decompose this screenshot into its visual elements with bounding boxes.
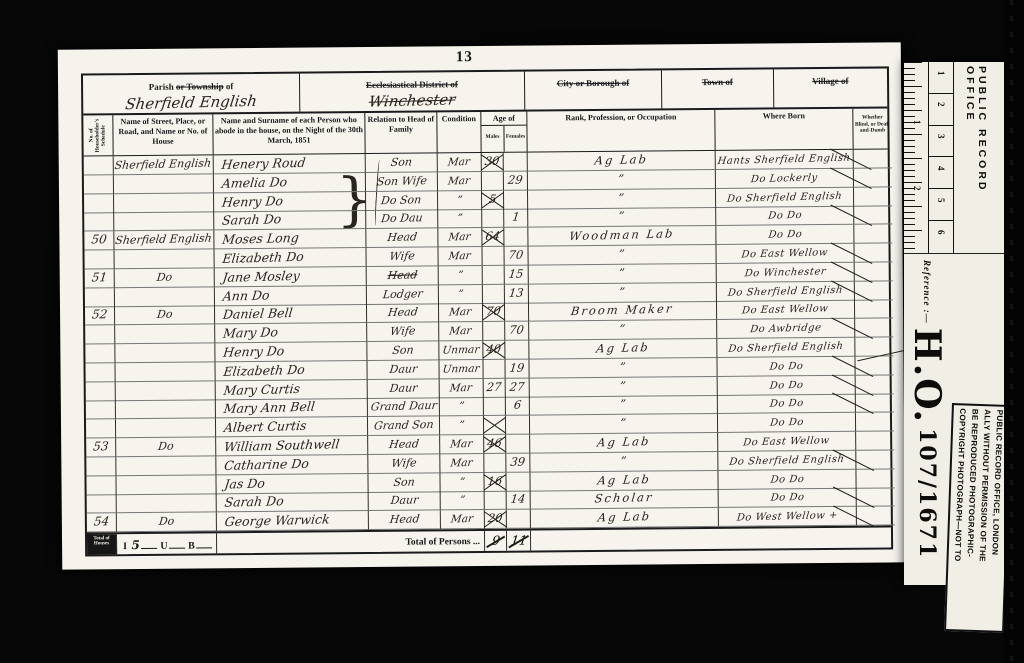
pro-title: PUBLIC RECORD OFFICE: [964, 66, 988, 252]
age-female: [506, 416, 530, 435]
age-female: 6: [506, 397, 530, 416]
condition: Mar: [438, 247, 482, 266]
person-name: Elizabeth Do: [214, 248, 366, 268]
relation: Daur: [367, 360, 439, 380]
where-born: Do Do: [716, 225, 854, 245]
infirm: [854, 243, 892, 262]
infirm: [857, 488, 895, 507]
street-name: Do: [117, 512, 217, 532]
person-name: Jas Do: [216, 474, 368, 494]
schedule-number: [84, 213, 114, 232]
occupation: ”: [530, 377, 718, 398]
relation: Head: [367, 304, 439, 324]
where-born: Do Do: [719, 488, 857, 508]
form-header-band: Parish or Township of Sherfield English …: [83, 68, 887, 115]
relation: Wife: [368, 454, 440, 474]
age-female: [506, 472, 530, 491]
street-name: [116, 475, 216, 495]
person-name: Catharine Do: [216, 455, 368, 475]
street-name: [115, 287, 215, 307]
infirm: [855, 319, 893, 338]
village-box: Village of: [774, 68, 888, 107]
occupation: Woodman Lab: [528, 226, 716, 247]
infirm: [856, 375, 894, 394]
age-female: 29: [504, 171, 528, 190]
schedule-number: [84, 175, 114, 194]
village-label: Village of: [812, 76, 849, 86]
relation: Head: [367, 266, 439, 286]
street-name: [116, 400, 216, 420]
condition: ”: [440, 397, 484, 416]
census-page: 13 Parish or Township of Sherfield Engli…: [58, 42, 906, 569]
person-name: Daniel Bell: [215, 304, 367, 324]
reference-number: 107/1671: [914, 428, 940, 559]
street-name: [115, 362, 215, 382]
age-female: 15: [505, 265, 529, 284]
age-male: 20: [485, 510, 507, 529]
occupation: ”: [530, 395, 718, 416]
microfilm-photo: 13 Parish or Township of Sherfield Engli…: [0, 0, 1024, 663]
relation: Son: [367, 341, 439, 361]
street-name: Sherfield English: [114, 231, 214, 251]
relation: Daur: [368, 379, 440, 399]
schedule-number: [85, 250, 115, 269]
person-name: William Southwell: [216, 436, 368, 456]
street-name: Do: [115, 268, 215, 288]
col-age-females: Females: [504, 126, 526, 152]
age-female: 70: [504, 247, 528, 266]
ecclesiastical-district-box: Ecclesiastical District of Winchester: [300, 72, 525, 112]
age-female: 13: [505, 284, 529, 303]
where-born: Do Do: [718, 413, 856, 433]
ruler-cm-cell: 5: [929, 189, 953, 221]
occupation: ”: [529, 283, 717, 304]
ruler-inch-number: 1: [912, 120, 922, 125]
occupation: Ag Lab: [530, 433, 718, 454]
schedule-number: [86, 382, 116, 401]
condition: ”: [438, 191, 482, 210]
infirm: [855, 300, 893, 319]
age-male: [483, 322, 505, 341]
person-name: Mary Do: [215, 323, 367, 343]
where-born: Do Sherfield English: [718, 450, 856, 470]
col-occupation: Rank, Profession, or Occupation: [527, 110, 715, 152]
age-female: [507, 510, 531, 529]
where-born: Do Winchester: [717, 263, 855, 283]
where-born: Do Do: [718, 394, 856, 414]
schedule-number: [86, 401, 116, 420]
street-name: [114, 193, 214, 213]
condition: Unmar: [439, 360, 483, 379]
total-males: 9: [485, 531, 507, 551]
street-name: [114, 212, 214, 232]
pro-reference-strip: 12 123456 PUBLIC RECORD OFFICE Reference…: [904, 62, 1004, 585]
street-name: [116, 456, 216, 476]
where-born: Do West Wellow +: [719, 507, 857, 527]
person-name: Henry Do: [214, 192, 366, 212]
where-born: Do Do: [716, 206, 854, 226]
schedule-number: [85, 288, 115, 307]
occupation: ”: [528, 189, 716, 210]
copyright-stamp: COPYRIGHT PHOTOGRAPH—NOT TOBE REPRODUCED…: [944, 403, 1012, 633]
age-female: [506, 435, 530, 454]
age-male: [482, 247, 504, 266]
col-schedule: No. of Householder's Schedule: [83, 115, 113, 155]
schedule-number: [86, 476, 116, 495]
occupation: ”: [529, 320, 717, 341]
city-borough-label: City or Borough of: [557, 78, 630, 89]
infirm: [854, 149, 892, 168]
city-borough-box: City or Borough of: [525, 70, 663, 109]
reference-label: Reference :—: [922, 260, 932, 324]
person-name: George Warwick: [217, 511, 369, 531]
age-male: 16: [484, 472, 506, 491]
relation: Son: [366, 153, 438, 173]
relation: Do Dau: [366, 210, 438, 230]
copyright-text: COPYRIGHT PHOTOGRAPH—NOT TOBE REPRODUCED…: [948, 408, 1005, 628]
age-male: 40: [483, 341, 505, 360]
column-header-row: No. of Householder's Schedule Name of St…: [83, 108, 887, 156]
census-form: Parish or Township of Sherfield English …: [81, 66, 893, 556]
age-female: [505, 303, 529, 322]
person-name: Amelia Do: [214, 173, 366, 193]
age-male: [483, 360, 505, 379]
town-label: Town of: [702, 77, 733, 87]
condition: Mar: [439, 303, 483, 322]
relation: Lodger: [367, 285, 439, 305]
where-born: Do East Wellow: [716, 244, 854, 264]
col-condition: Condition: [437, 112, 481, 152]
street-name: [114, 249, 214, 269]
col-street: Name of Street, Place, or Road, and Name…: [113, 114, 213, 155]
where-born: Do East Wellow: [717, 300, 855, 320]
street-name: [116, 418, 216, 438]
where-born: Do Lockerly: [716, 169, 854, 189]
person-name: Sarah Do: [217, 492, 369, 512]
condition: ”: [441, 491, 485, 510]
condition: ”: [440, 416, 484, 435]
condition: Mar: [438, 228, 482, 247]
schedule-number: 53: [86, 438, 116, 457]
condition: Unmar: [439, 341, 483, 360]
inhabited-count: 5: [131, 538, 140, 552]
ruler-cm-cell: 3: [929, 126, 953, 158]
infirm: [856, 394, 894, 413]
age-female: [504, 190, 528, 209]
street-name: Sherfield English: [114, 155, 214, 175]
ruler-inch-number: 2: [912, 186, 922, 191]
occupation: ”: [529, 264, 717, 285]
where-born: Do Do: [717, 357, 855, 377]
ecclesiastical-district-value: Winchester: [300, 89, 525, 112]
person-name: Albert Curtis: [216, 417, 368, 437]
col-name: Name and Surname of each Person who abod…: [213, 113, 365, 154]
condition: Mar: [440, 435, 484, 454]
table-rows: } Sherfield EnglishHenery RoudSonMar30Ag…: [84, 149, 891, 532]
street-name: [115, 343, 215, 363]
occupation: Ag Lab: [531, 508, 719, 529]
where-born: Do Do: [718, 469, 856, 489]
age-female: [504, 228, 528, 247]
schedule-number: 50: [84, 231, 114, 250]
infirm: [855, 281, 893, 300]
age-male: 30: [482, 153, 504, 172]
page-number: 13: [456, 49, 473, 66]
total-houses-label: Total of Houses: [87, 534, 117, 554]
occupation: Ag Lab: [528, 151, 716, 172]
schedule-number: 51: [85, 269, 115, 288]
age-female: 1: [504, 209, 528, 228]
infirm: [855, 262, 893, 281]
age-female: [505, 341, 529, 360]
infirm: [856, 469, 894, 488]
condition: Mar: [438, 172, 482, 191]
age-male: 64: [482, 228, 504, 247]
infirm: [856, 413, 894, 432]
age-male: [484, 416, 506, 435]
age-female: 14: [507, 491, 531, 510]
age-male: 5: [482, 190, 504, 209]
person-name: Moses Long: [214, 229, 366, 249]
street-name: Do: [116, 437, 216, 457]
age-female: 70: [505, 322, 529, 341]
condition: ”: [440, 473, 484, 492]
schedule-number: [86, 419, 116, 438]
relation: Son Wife: [366, 172, 438, 192]
infirm: [854, 187, 892, 206]
age-male: [483, 284, 505, 303]
infirm: [854, 206, 892, 225]
street-name: [117, 494, 217, 514]
age-male: [484, 454, 506, 473]
where-born: Do Sherfield English: [717, 338, 855, 358]
ecclesiastical-district-label: Ecclesiastical District of: [366, 79, 458, 90]
age-male: [482, 172, 504, 191]
condition: Mar: [438, 153, 482, 172]
relation: Grand Son: [368, 417, 440, 437]
age-male: 27: [484, 378, 506, 397]
age-male: [483, 266, 505, 285]
where-born: Do Awbridge: [717, 319, 855, 339]
schedule-number: [84, 194, 114, 213]
where-born: Do Sherfield English: [716, 187, 854, 207]
street-name: Do: [115, 306, 215, 326]
occupation: ”: [530, 414, 718, 435]
relation: Daur: [369, 492, 441, 512]
ruler-inch-numbers: 12: [912, 62, 926, 253]
where-born: Do East Wellow: [718, 432, 856, 452]
parish-box: Parish or Township of Sherfield English: [83, 74, 300, 114]
reference-code: H.O.: [906, 328, 948, 424]
condition: ”: [439, 285, 483, 304]
ruler-cm-cell: 2: [929, 94, 953, 126]
age-female: 27: [506, 378, 530, 397]
person-name: Henery Roud: [214, 154, 366, 174]
schedule-number: [85, 325, 115, 344]
pro-ruler: 12 123456 PUBLIC RECORD OFFICE: [904, 62, 1004, 254]
age-male: [485, 491, 507, 510]
col-age-males: Males: [481, 126, 504, 152]
infirm: [854, 168, 892, 187]
occupation: ”: [528, 245, 716, 266]
relation: Do Son: [366, 191, 438, 211]
age-male: [482, 209, 504, 228]
occupation: ”: [528, 207, 716, 228]
condition: Mar: [439, 322, 483, 341]
occupation: Broom Maker: [529, 301, 717, 322]
relation: Grand Daur: [368, 398, 440, 418]
town-box: Town of: [662, 69, 774, 108]
age-male: 46: [484, 435, 506, 454]
schedule-number: [86, 457, 116, 476]
age-male: 70: [483, 303, 505, 322]
schedule-number: 54: [87, 513, 117, 532]
ruler-cm-scale: 123456: [928, 62, 954, 253]
occupation: ”: [529, 358, 717, 379]
occupation: Scholar: [531, 489, 719, 510]
col-age: Age of Males Females: [481, 112, 527, 152]
schedule-number: [87, 495, 117, 514]
occupation: Ag Lab: [529, 339, 717, 360]
col-infirm: Whether Blind, or Deaf-and-Dumb: [853, 108, 891, 148]
relation: Head: [366, 229, 438, 249]
where-born: Hants Sherfield English: [716, 150, 854, 170]
condition: ”: [438, 209, 482, 228]
relation: Wife: [366, 247, 438, 267]
person-name: Henry Do: [215, 342, 367, 362]
schedule-number: [85, 363, 115, 382]
relation: Head: [369, 511, 441, 531]
occupation: ”: [528, 170, 716, 191]
condition: Mar: [440, 379, 484, 398]
schedule-number: [84, 156, 114, 175]
person-name: Mary Curtis: [216, 380, 368, 400]
relation: Head: [368, 435, 440, 455]
street-name: [115, 324, 215, 344]
person-name: Elizabeth Do: [215, 361, 367, 381]
person-name: Mary Ann Bell: [216, 398, 368, 418]
parish-value: Sherfield English: [83, 91, 300, 114]
age-male: [484, 397, 506, 416]
reference-block: Reference :— H.O. 107/1671: [906, 260, 948, 559]
person-name: Ann Do: [215, 286, 367, 306]
ruler-cm-cell: 1: [929, 62, 953, 94]
relation: Wife: [367, 323, 439, 343]
total-persons-label: Total of Persons ...: [217, 531, 485, 553]
street-name: [114, 174, 214, 194]
film-edge: [1004, 0, 1024, 663]
ruler-cm-cell: 6: [929, 221, 953, 253]
totals-blank: [531, 527, 895, 550]
person-name: Jane Mosley: [215, 267, 367, 287]
total-females: 11: [507, 531, 531, 551]
relation: Son: [368, 473, 440, 493]
age-female: 39: [506, 453, 530, 472]
ruler-cm-cell: 4: [929, 157, 953, 189]
houses-tally: I 5 U B: [117, 533, 217, 554]
condition: Mar: [441, 510, 485, 529]
infirm: [857, 507, 895, 526]
parish-label: Parish or Township of: [149, 81, 234, 92]
street-name: [116, 381, 216, 401]
infirm: [856, 431, 894, 450]
col-relation: Relation to Head of Family: [365, 112, 437, 153]
schedule-number: 52: [85, 307, 115, 326]
col-born: Where Born: [715, 109, 853, 150]
schedule-number: [85, 344, 115, 363]
condition: Mar: [440, 454, 484, 473]
person-name: Sarah Do: [214, 210, 366, 230]
infirm: [854, 225, 892, 244]
occupation: ”: [530, 452, 718, 473]
where-born: Do Do: [718, 375, 856, 395]
condition: ”: [439, 266, 483, 285]
age-female: [504, 153, 528, 172]
age-female: 19: [505, 359, 529, 378]
infirm: [856, 450, 894, 469]
occupation: Ag Lab: [530, 470, 718, 491]
where-born: Do Sherfield English: [717, 281, 855, 301]
